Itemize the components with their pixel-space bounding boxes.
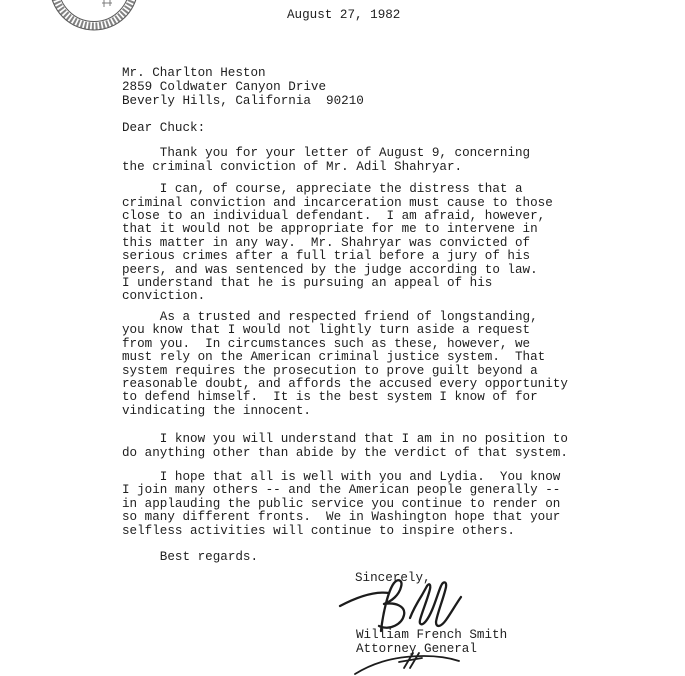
salutation: Dear Chuck: <box>122 122 602 135</box>
signer-name: William French Smith <box>356 629 507 642</box>
letter-page: August 27, 1982 Mr. Charlton Heston 2859… <box>0 0 685 676</box>
signature-flourish-icon <box>352 650 464 676</box>
paragraph-3: As a trusted and respected friend of lon… <box>122 311 602 418</box>
handwritten-signature-bill <box>337 577 482 635</box>
closing-line: Best regards. <box>122 551 602 564</box>
paragraph-2: I can, of course, appreciate the distres… <box>122 183 602 304</box>
recipient-address: Mr. Charlton Heston 2859 Coldwater Canyo… <box>122 66 602 108</box>
letter-date: August 27, 1982 <box>287 9 400 22</box>
paragraph-5: I hope that all is well with you and Lyd… <box>122 471 602 538</box>
paragraph-1: Thank you for your letter of August 9, c… <box>122 147 602 174</box>
doj-seal-icon <box>44 0 144 32</box>
paragraph-4: I know you will understand that I am in … <box>122 433 602 460</box>
